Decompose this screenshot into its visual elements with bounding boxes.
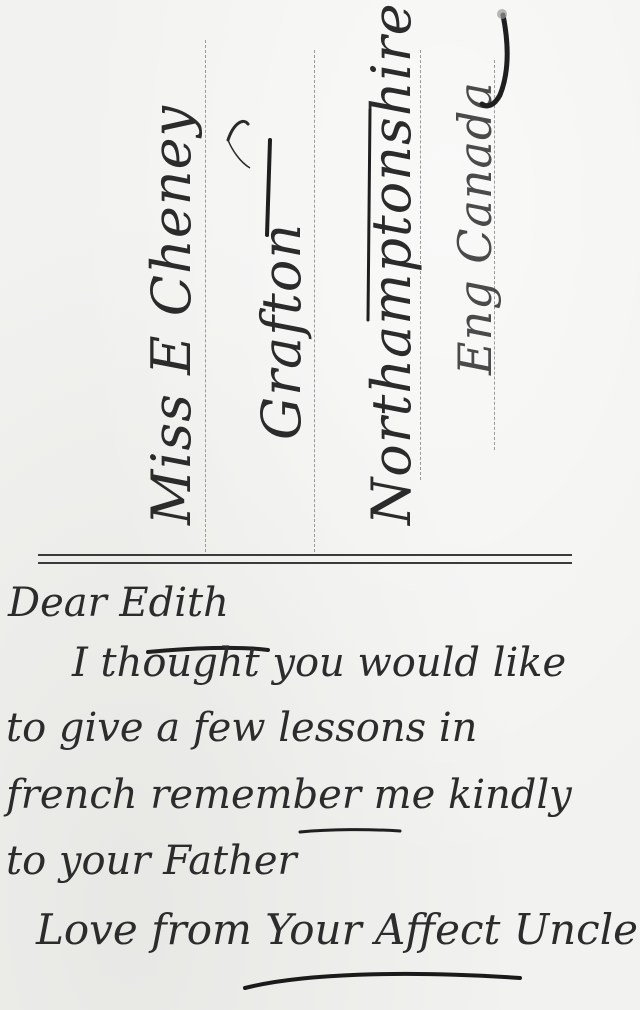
address-guide-line [314,50,315,552]
separator-rule-bottom [38,562,572,564]
postcard-back: Miss E Cheney Grafton Northamptonshire E… [0,0,640,1010]
separator-rule-top [38,554,572,556]
message-salutation: Dear Edith [8,580,229,626]
message-line: french remember me kindly [6,772,572,818]
message-line: I thought you would like [72,640,566,686]
address-guide-line [205,40,206,552]
message-line: to give a few lessons in [6,705,477,751]
address-line-town: Grafton [250,223,313,440]
address-line-recipient: Miss E Cheney [140,105,203,525]
address-line-country: Eng Canada [448,81,502,375]
message-closing: Love from Your Affect Uncle [36,905,638,954]
address-line-county: Northamptonshire [360,2,423,525]
message-line: to your Father [6,838,297,884]
